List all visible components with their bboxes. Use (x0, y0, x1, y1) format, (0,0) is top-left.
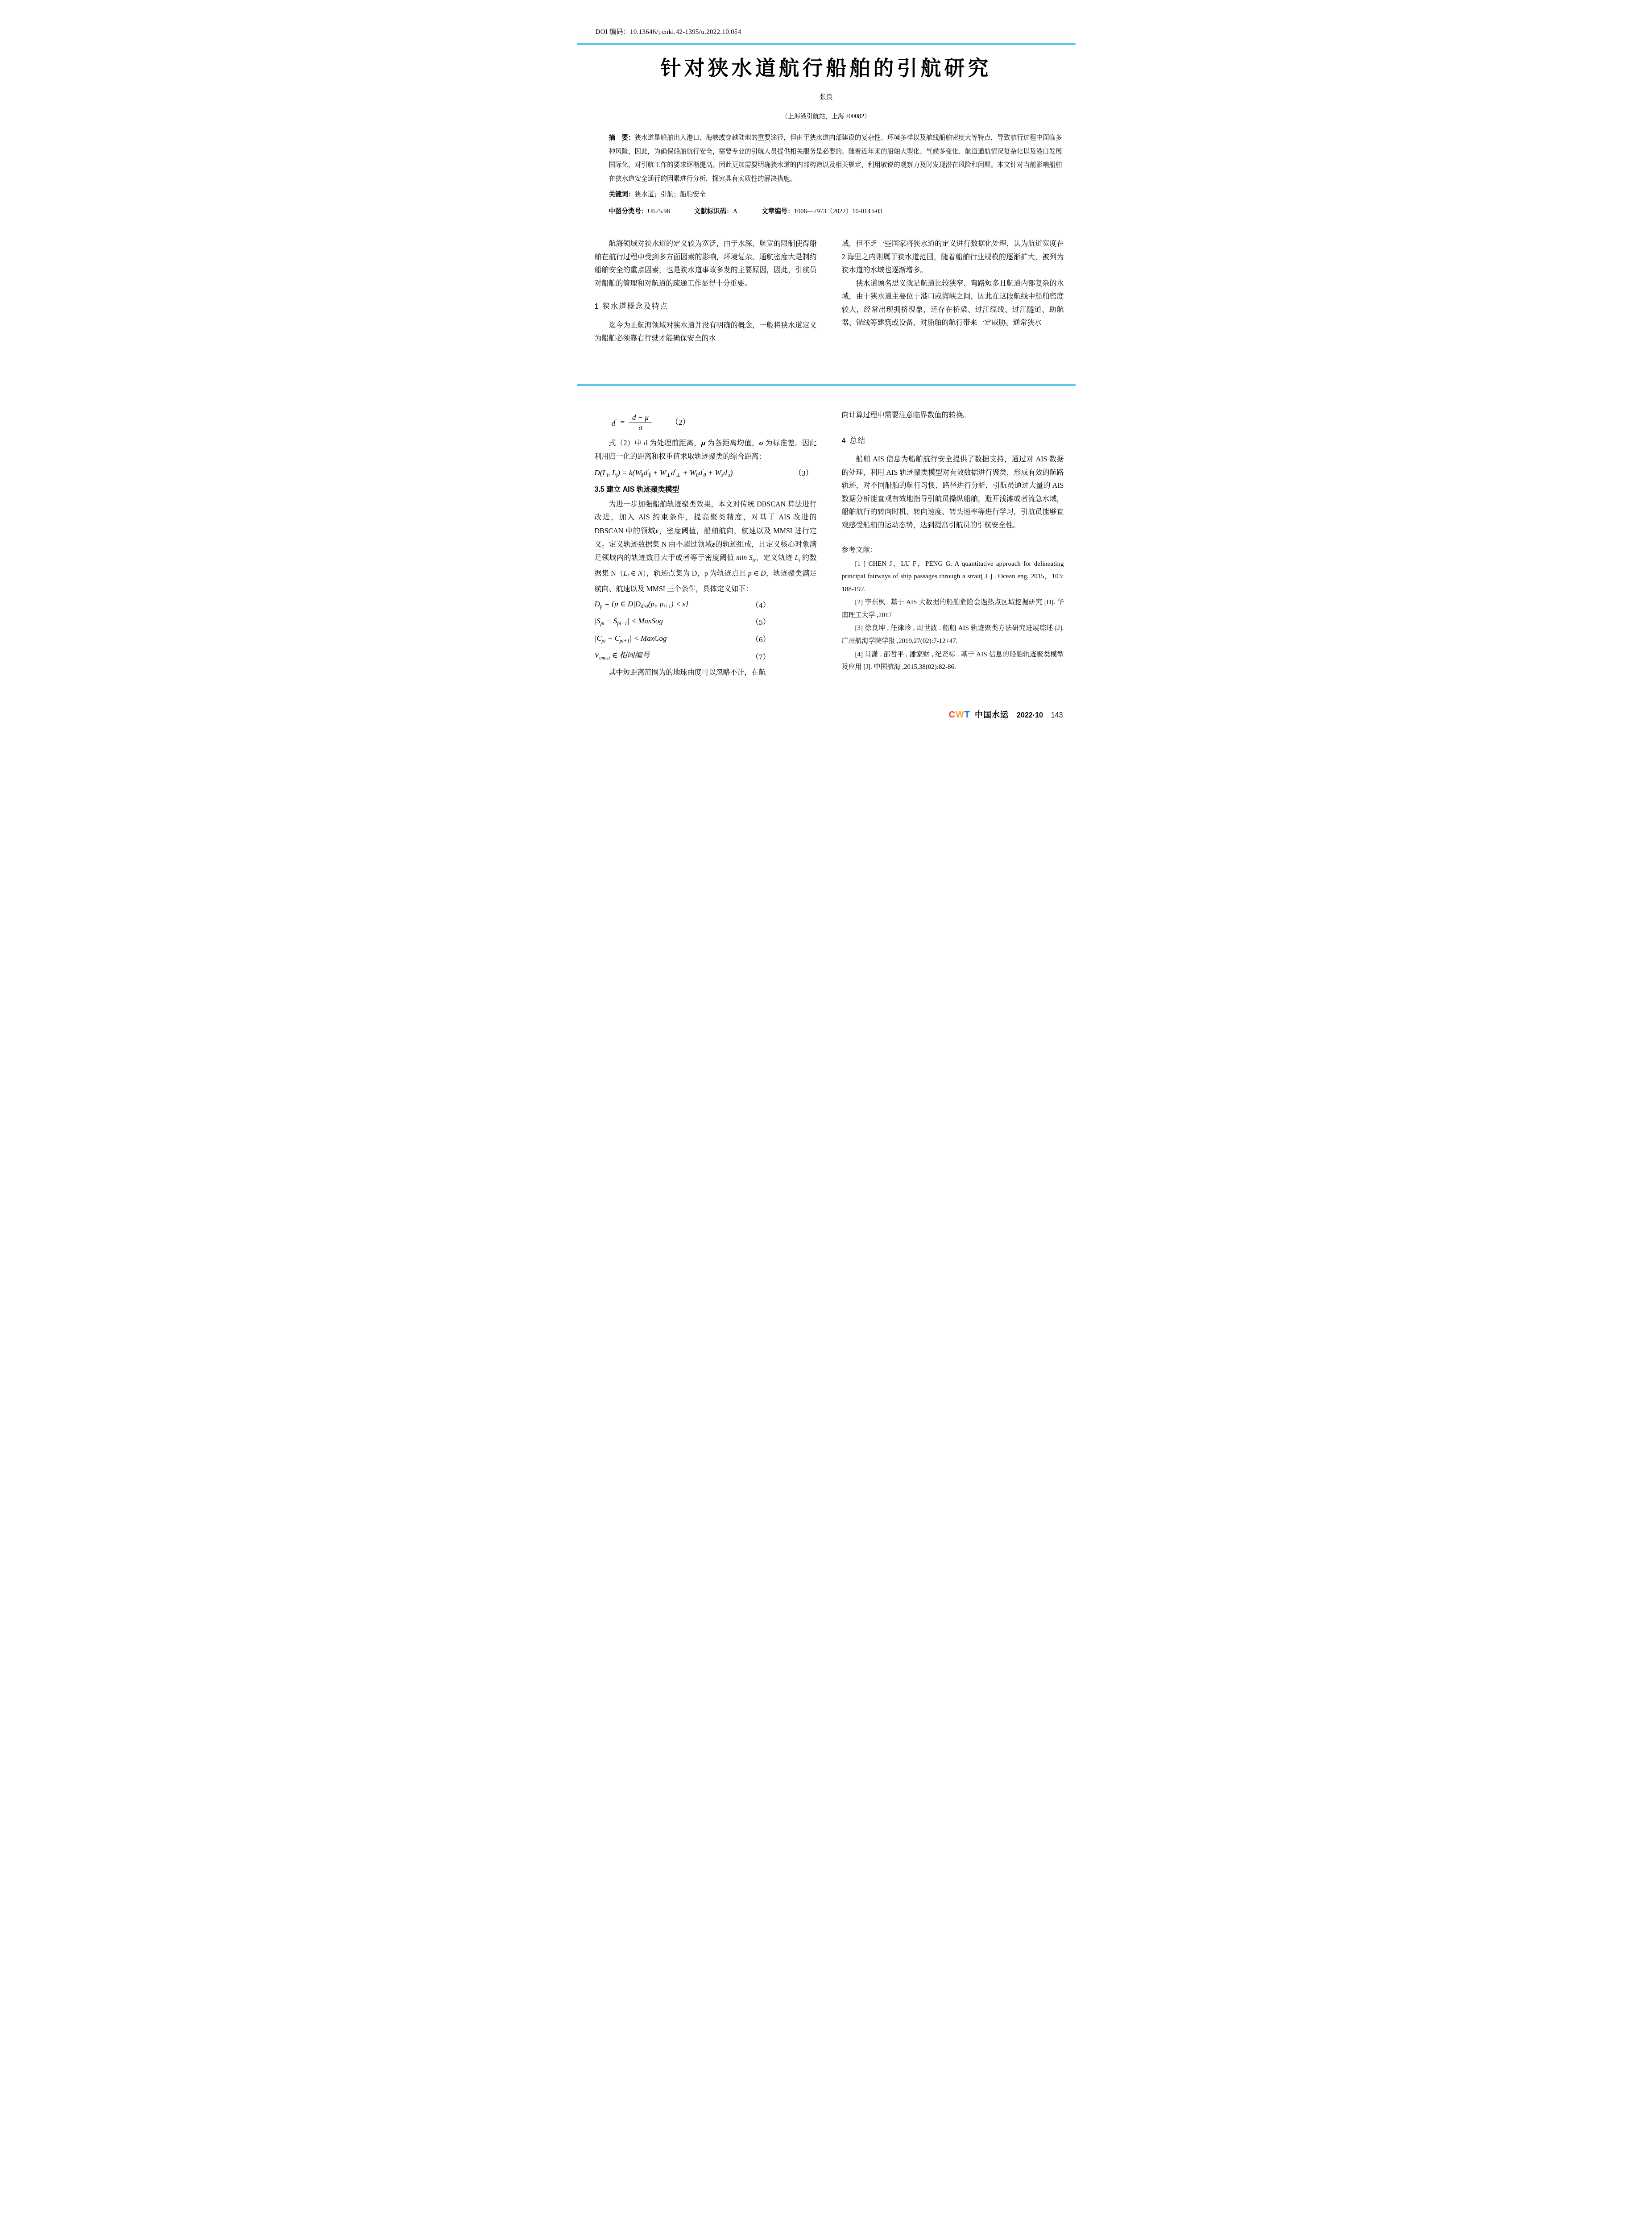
reference-item-3: [3] 徐良坤 , 任律珍 , 周世波 . 船舶 AIS 轨迹聚类方法研究进展综… (842, 622, 1064, 647)
formula-3: D(Li, Lj) = k(W∥d′∥ + W⊥d′⊥ + Wθd′θ + Ws… (595, 464, 817, 482)
li-in-n-term: Li ∈ N (623, 570, 642, 577)
keywords-line: 关键词：狭水道；引航；船舶安全 (609, 189, 1062, 200)
clc-value: U675.98 (648, 208, 670, 215)
article-title: 针对狭水道航行船舶的引航研究 (551, 52, 1101, 81)
top-divider-bar (577, 43, 1076, 45)
mu-symbol: μ (701, 438, 706, 447)
formula-6: |Cpi − Cpi+1| < MaxCog （6） (595, 632, 817, 648)
article-no-label: 文章编号： (762, 208, 794, 215)
formula-4: Dp = {p ∈ D|Ddist(pi, pi+1) < ε} （4） (595, 597, 817, 614)
page-footer: CWT 中国水运 2022·10 143 (949, 709, 1063, 720)
top-left-column: 航海领域对狭水道的定义较为宽泛，由于水深、航宽的限制使得船舶在航行过程中受到多方… (595, 237, 817, 345)
reference-item-2: [2] 李东枫 . 基于 AIS 大数据的船舶危险会遇热点区域挖掘研究 [D].… (842, 596, 1064, 622)
sigma-symbol: σ (759, 438, 763, 447)
section-3-5-heading: 3.5 建立 AIS 轨迹聚类模型 (595, 483, 817, 497)
clc-group: 中图分类号：U675.98 (609, 206, 670, 217)
closing-line-continued: 向计算过程中需要注意临界数值的转换。 (842, 409, 1064, 422)
intro-paragraph: 航海领域对狭水道的定义较为宽泛，由于水深、航宽的限制使得船舶在航行过程中受到多方… (595, 237, 817, 290)
formula-3-body: D(Li, Lj) = k(W∥d′∥ + W⊥d′⊥ + Wθd′θ + Ws… (595, 464, 733, 482)
formula-3-number: （3） (794, 467, 813, 480)
abstract: 摘 要：狭水道是船舶出入港口、海峡或穿越陆地的重要途径，但由于狭水道内部建设的复… (609, 131, 1062, 186)
p-in-d-term: p ∈ D (748, 570, 766, 577)
author-affiliation: （上海港引航站，上海 200082） (551, 112, 1101, 120)
formula-2-explanation: 式（2）中 d 为处理前距离，μ 为各距离均值，σ 为标准差。因此利用归一化的距… (595, 436, 817, 463)
formula-4-body: Dp = {p ∈ D|Ddist(pi, pi+1) < ε} (595, 597, 689, 614)
keywords-text: 狭水道；引航；船舶安全 (635, 191, 706, 198)
formula-2-equals: = (620, 416, 625, 429)
keywords-label: 关键词： (609, 191, 635, 198)
reference-item-4: [4] 肖潇 , 邵哲平 , 潘家财 , 纪贤标 . 基于 AIS 信息的船舶轨… (842, 648, 1064, 674)
article-meta: 摘 要：狭水道是船舶出入港口、海峡或穿越陆地的重要途径，但由于狭水道内部建设的复… (609, 131, 1062, 217)
formula-6-number: （6） (751, 633, 770, 647)
formula-6-body: |Cpi − Cpi+1| < MaxCog (595, 632, 667, 648)
top-right-column: 域，但不乏一些国家将狭水道的定义进行数据化处理，认为航道宽度在 2 海里之内则属… (842, 237, 1064, 345)
li-term: Li (795, 554, 800, 562)
doc-code-value: A (733, 208, 737, 215)
section-1-paragraph-continued: 域，但不乏一些国家将狭水道的定义进行数据化处理，认为航道宽度在 2 海里之内则属… (842, 237, 1064, 277)
formula-2-fraction: d − μ σ (629, 413, 652, 432)
issue-number: 2022·10 (1017, 712, 1043, 720)
article-no-group: 文章编号：1006—7973（2022）10-0143-03 (762, 206, 882, 217)
middle-divider-bar (577, 384, 1076, 386)
cwt-logo: CWT (949, 710, 971, 720)
formula-7-body: Vmmsi ∈ 相同编号 (595, 649, 650, 665)
formula-2-denominator: σ (638, 423, 642, 432)
formula-2-lhs: d′ (612, 415, 617, 430)
section-1-paragraph-2: 狭水道顾名思义就是航道比较狭窄、弯路短多且航道内部复杂的水域，由于狭水道主要位于… (842, 277, 1064, 330)
bottom-right-column: 向计算过程中需要注意临界数值的转换。 4 总结 船舶 AIS 信息为船舶航行安全… (842, 409, 1064, 680)
min-str-term: min Str (736, 554, 756, 562)
abstract-text: 狭水道是船舶出入港口、海峡或穿越陆地的重要途径，但由于狭水道内部建设的复杂性、环… (609, 134, 1062, 182)
journal-name: 中国水运 (975, 709, 1009, 720)
reference-item-1: [1 ] CHEN J，LU F，PENG G. A quantitative … (842, 558, 1064, 596)
formula-5-body: |Spi − Spi+1| < MaxSog (595, 614, 663, 630)
doi-code: DOI 编码：10.13646/j.cnki.42-1395/u.2022.10… (596, 27, 741, 36)
classification-line: 中图分类号：U675.98 文献标识码：A 文章编号：1006—7973（202… (609, 206, 1062, 217)
formula-5: |Spi − Spi+1| < MaxSog （5） (595, 614, 817, 630)
closing-line: 其中短距离范围为的地球曲度可以忽略不计，在航 (595, 666, 817, 680)
formula-2-numerator: d − μ (629, 413, 652, 423)
journal-article-page: DOI 编码：10.13646/j.cnki.42-1395/u.2022.10… (551, 0, 1101, 747)
author-name: 张良 (551, 92, 1101, 101)
formula-7-number: （7） (751, 651, 770, 664)
doc-code-group: 文献标识码：A (694, 206, 737, 217)
page-number: 143 (1051, 712, 1063, 720)
formula-5-number: （5） (751, 616, 770, 629)
section-3-5-paragraph: 为进一步加强船舶轨迹聚类效果，本文对传统 DBSCAN 算法进行改进，加入 AI… (595, 498, 817, 596)
article-no-value: 1006—7973（2022）10-0143-03 (794, 208, 882, 215)
doc-code-label: 文献标识码： (694, 208, 733, 215)
references-label: 参考文献： (842, 544, 1064, 557)
formula-4-number: （4） (751, 599, 770, 612)
top-two-column-body: 航海领域对狭水道的定义较为宽泛，由于水深、航宽的限制使得船舶在航行过程中受到多方… (595, 237, 1064, 345)
section-4-heading: 4 总结 (842, 435, 1064, 448)
formula-2: d′ = d − μ σ （2） (595, 410, 817, 435)
section-1-paragraph: 迄今为止航海领域对狭水道并没有明确的概念，一般将狭水道定义为船舶必须靠右行驶才能… (595, 319, 817, 345)
section-4-paragraph: 船舶 AIS 信息为船舶航行安全提供了数据支持，通过对 AIS 数据的处理，利用… (842, 453, 1064, 532)
abstract-label: 摘 要： (609, 134, 635, 141)
formula-2-number: （2） (671, 416, 690, 429)
section-1-heading: 1 狭水道概念及特点 (595, 300, 817, 314)
clc-label: 中图分类号： (609, 208, 648, 215)
bottom-left-column: d′ = d − μ σ （2） 式（2）中 d 为处理前距离，μ 为各距离均值… (595, 409, 817, 680)
formula-7: Vmmsi ∈ 相同编号 （7） (595, 649, 817, 665)
bottom-two-column-body: d′ = d − μ σ （2） 式（2）中 d 为处理前距离，μ 为各距离均值… (595, 409, 1064, 680)
